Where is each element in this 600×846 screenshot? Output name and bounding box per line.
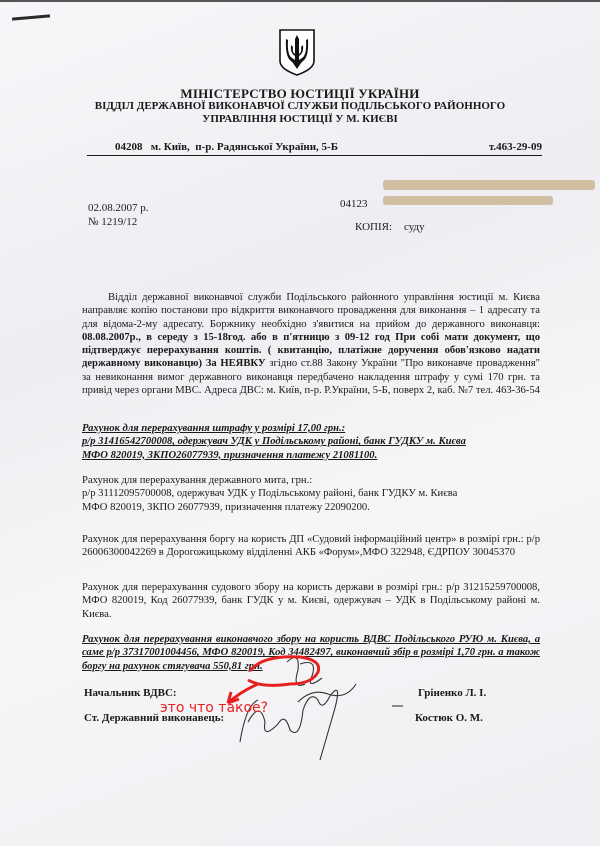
- scanned-document: МІНІСТЕРСТВО ЮСТИЦІЇ УКРАЇНИ ВІДДІЛ ДЕРЖ…: [0, 0, 600, 846]
- red-annotation-note: это что такое?: [160, 700, 268, 716]
- handwriting-overlay: [0, 0, 600, 846]
